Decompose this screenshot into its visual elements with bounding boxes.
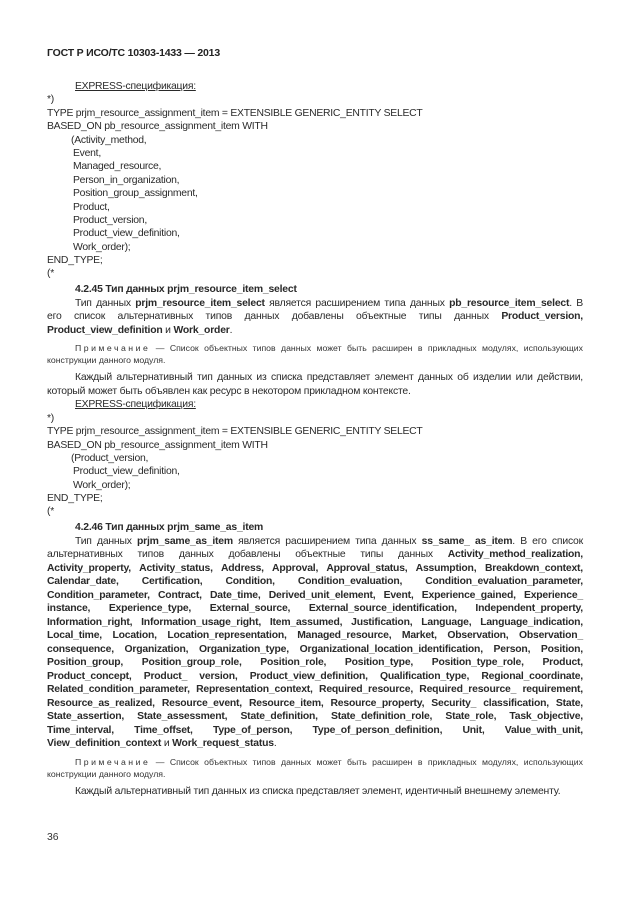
section-4-2-46-paragraph: Тип данных prjm_same_as_item является ра…	[47, 535, 583, 751]
section-heading-4-2-45: 4.2.45 Тип данных prjm_resource_item_sel…	[47, 283, 583, 297]
close-comment: (*	[47, 267, 583, 280]
end-type: END_TYPE;	[47, 492, 583, 505]
express-label-text: EXPRESS-спецификация:	[75, 81, 196, 92]
select-item: Event,	[47, 147, 583, 160]
note-4-2-46: Примечание — Список объектных типов данн…	[47, 756, 583, 780]
open-comment: *)	[47, 93, 583, 106]
text-run: является расширением типа данных	[265, 298, 449, 309]
type-name-list: Activity_method_realization, Activity_pr…	[47, 549, 583, 749]
based-on-line: BASED_ON pb_resource_assignment_item WIT…	[47, 439, 583, 452]
type-name: prjm_same_as_item	[137, 536, 233, 547]
text-run: и	[161, 738, 172, 749]
text-run: .	[230, 325, 233, 336]
section-4-2-45-paragraph: Тип данных prjm_resource_item_select явл…	[47, 297, 583, 338]
type-name: Work_order	[173, 325, 229, 336]
select-item: (Activity_method,	[47, 134, 583, 147]
express-label: EXPRESS-спецификация:	[47, 80, 583, 93]
close-comment: (*	[47, 505, 583, 518]
note-label: Примечание	[75, 343, 150, 353]
select-item: Product,	[47, 201, 583, 214]
select-item: Product_view_definition,	[47, 227, 583, 240]
select-item: Product_version,	[47, 214, 583, 227]
end-type: END_TYPE;	[47, 254, 583, 267]
text-run: и	[163, 325, 174, 336]
express-label: EXPRESS-спецификация:	[47, 398, 583, 411]
type-name: Work_request_status	[172, 738, 274, 749]
select-item: Managed_resource,	[47, 160, 583, 173]
paragraph-text: Каждый альтернативный тип данных из спис…	[47, 371, 583, 398]
based-on-line: BASED_ON pb_resource_assignment_item WIT…	[47, 120, 583, 133]
note-4-2-45: Примечание — Список объектных типов данн…	[47, 342, 583, 366]
express-label-text: EXPRESS-спецификация:	[75, 399, 196, 410]
open-comment: *)	[47, 412, 583, 425]
section-4-2-46-paragraph-2: Каждый альтернативный тип данных из спис…	[47, 785, 583, 799]
type-name: prjm_resource_item_select	[135, 298, 265, 309]
text-run: Тип данных	[75, 536, 137, 547]
type-declaration: TYPE prjm_resource_assignment_item = EXT…	[47, 425, 583, 438]
page-number: 36	[47, 832, 59, 843]
select-item: Work_order);	[47, 479, 583, 492]
type-declaration: TYPE prjm_resource_assignment_item = EXT…	[47, 107, 583, 120]
paragraph-text: Каждый альтернативный тип данных из спис…	[47, 785, 583, 799]
type-name: pb_resource_item_select	[449, 298, 569, 309]
select-item: Position_group_assignment,	[47, 187, 583, 200]
document-header: ГОСТ Р ИСО/ТС 10303-1433 — 2013	[47, 47, 220, 59]
note-label: Примечание	[75, 757, 150, 767]
select-item: Product_view_definition,	[47, 465, 583, 478]
select-item: Work_order);	[47, 241, 583, 254]
text-run: является расширением типа данных	[233, 536, 422, 547]
section-heading-4-2-46: 4.2.46 Тип данных prjm_same_as_item	[47, 521, 583, 535]
select-item: Person_in_organization,	[47, 174, 583, 187]
type-name: ss_same_ as_item	[422, 536, 513, 547]
text-run: Тип данных	[75, 298, 135, 309]
text-run: .	[274, 738, 277, 749]
section-4-2-45-paragraph-2: Каждый альтернативный тип данных из спис…	[47, 371, 583, 398]
page-content: EXPRESS-спецификация: *) TYPE prjm_resou…	[47, 80, 583, 798]
select-item: (Product_version,	[47, 452, 583, 465]
